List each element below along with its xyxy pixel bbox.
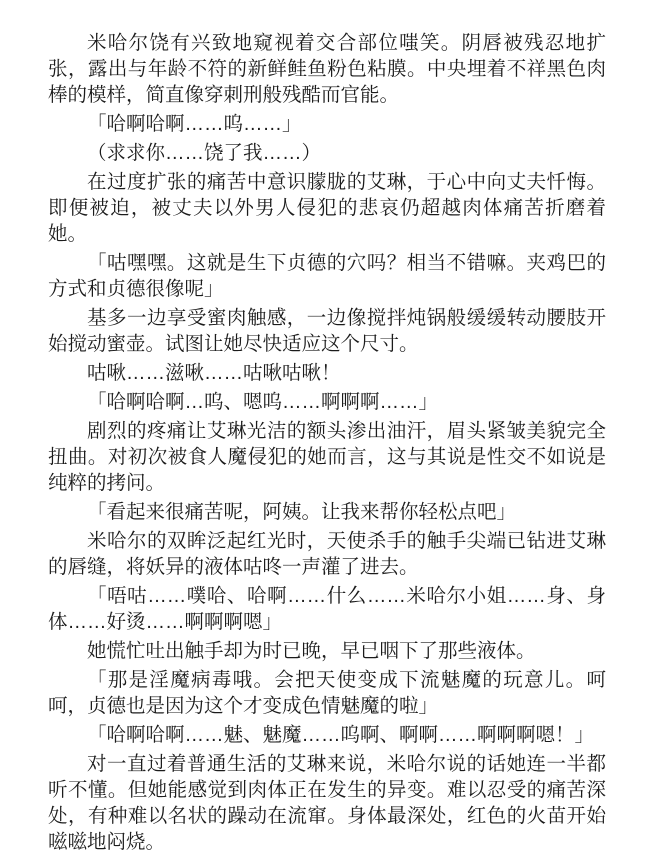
narration-paragraph: 米哈尔饶有兴致地窥视着交合部位嗤笑。阴唇被残忍地扩张，露出与年龄不符的新鲜鲑鱼粉…	[48, 30, 606, 108]
thought-line: （求求你……饶了我……）	[48, 140, 606, 166]
document-page: 米哈尔饶有兴致地窥视着交合部位嗤笑。阴唇被残忍地扩张，露出与年龄不符的新鲜鲑鱼粉…	[0, 0, 650, 850]
narration-paragraph: 剧烈的疼痛让艾琳光洁的额头渗出油汗，眉头紧皱美貌完全扭曲。对初次被食人魔侵犯的她…	[48, 418, 606, 496]
dialogue-line: 「哈啊哈啊……呜……」	[48, 111, 606, 137]
narration-paragraph: 在过度扩张的痛苦中意识朦胧的艾琳，于心中向丈夫忏悔。即便被迫，被丈夫以外男人侵犯…	[48, 169, 606, 247]
sfx-line: 咕啾……滋啾……咕啾咕啾！	[48, 360, 606, 386]
dialogue-line: 「哈啊哈啊……魅、魅魔……呜啊、啊啊……啊啊啊嗯！」	[48, 722, 606, 748]
dialogue-line: 「那是淫魔病毒哦。会把天使变成下流魅魔的玩意儿。呵呵，贞德也是因为这个才变成色情…	[48, 667, 606, 719]
narration-paragraph: 基多一边享受蜜肉触感，一边像搅拌炖锅般缓缓转动腰肢开始搅动蜜壶。试图让她尽快适应…	[48, 305, 606, 357]
narration-paragraph: 米哈尔的双眸泛起红光时，天使杀手的触手尖端已钻进艾琳的唇缝，将妖异的液体咕咚一声…	[48, 528, 606, 580]
dialogue-line: 「咕嘿嘿。这就是生下贞德的穴吗？相当不错嘛。夹鸡巴的方式和贞德很像呢」	[48, 250, 606, 302]
narration-paragraph: 她慌忙吐出触手却为时已晚，早已咽下了那些液体。	[48, 638, 606, 664]
dialogue-line: 「看起来很痛苦呢，阿姨。让我来帮你轻松点吧」	[48, 499, 606, 525]
narration-paragraph: 对一直过着普通生活的艾琳来说，米哈尔说的话她连一半都听不懂。但她能感觉到肉体正在…	[48, 751, 606, 850]
dialogue-line: 「哈啊哈啊…呜、嗯呜……啊啊啊……」	[48, 389, 606, 415]
dialogue-line: 「唔咕……噗哈、哈啊……什么……米哈尔小姐……身、身体……好烫……啊啊啊嗯」	[48, 583, 606, 635]
